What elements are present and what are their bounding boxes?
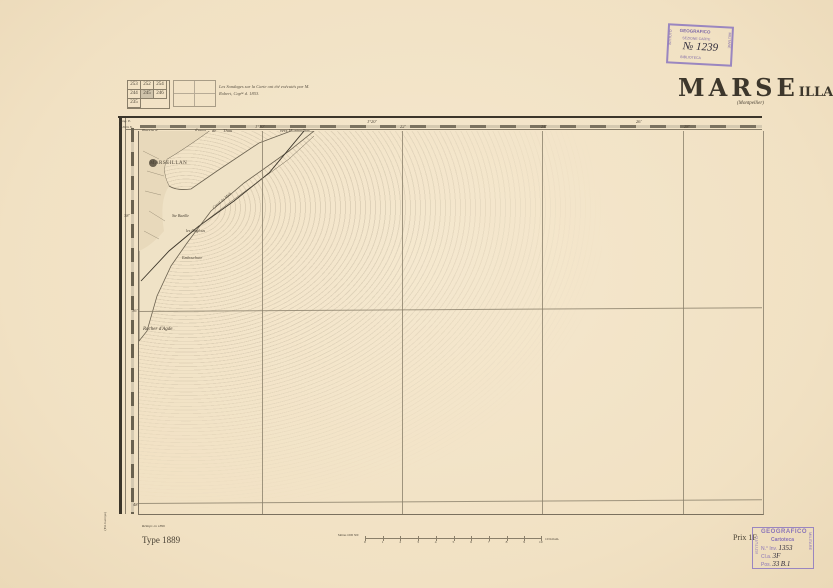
place-label[interactable]: les Onglous: [186, 228, 205, 233]
stamp-row-extra: B.1: [781, 560, 791, 568]
scale-number: 6: [470, 540, 472, 544]
orientation-box: [173, 80, 216, 107]
sheet-title: MARSEILLAN: [678, 73, 833, 102]
frame-top-border: [118, 116, 762, 118]
frame-graduation-band: [140, 125, 762, 128]
frame-left-graduation: [131, 128, 134, 514]
left-margin-note: (Ed. Lavoye): [103, 512, 107, 530]
place-label[interactable]: Embouchure: [182, 255, 202, 260]
stamp-row-value: 1353: [778, 544, 792, 552]
scale-number: 4: [435, 540, 437, 544]
stamp-title: GEOGRAFICO: [761, 529, 807, 535]
stamp-row-value: 33: [772, 560, 779, 568]
scale-number: 5: [453, 540, 455, 544]
edition-note: Réimpr. en 1896: [142, 524, 165, 528]
header-note-line2: Robert, Capⁿᵉ d. 1853.: [219, 91, 259, 96]
grid-line-vertical: [683, 131, 684, 514]
place-label-rocher-agde[interactable]: Rocher d'Agde: [143, 327, 173, 332]
stamp-sub: Cartoteca: [771, 537, 794, 543]
coord-label-top: 1°20': [367, 119, 377, 124]
index-cell[interactable]: 235: [128, 99, 141, 108]
scale-number: 1: [382, 540, 384, 544]
frame-header-row: [140, 129, 762, 130]
index-cell[interactable]: 254: [154, 81, 167, 90]
left-label-long: Long. E.: [119, 119, 131, 123]
stamp-number: № 1239: [683, 40, 719, 54]
stamp-side-right: MILITARE: [808, 532, 813, 550]
scale-bar: 0 1 2 3 4 5 6 7 8 9 10: [335, 535, 542, 541]
scale-number: 9: [523, 540, 525, 544]
scale-number: 3: [417, 540, 419, 544]
grid-line-vertical: [542, 131, 543, 514]
scale-unit: 10 Kilom.: [545, 537, 559, 541]
place-label-marseillan[interactable]: MARSEILLAN: [150, 161, 187, 166]
coord-label-top: 26': [636, 119, 641, 124]
coord-label-top: 28': [684, 124, 689, 129]
left-label-paris: C. Paris N.: [119, 125, 133, 129]
stamp-side-left: ISTITUTO: [754, 536, 759, 554]
frame-left-line: [125, 118, 126, 514]
index-cell: [141, 99, 154, 108]
stamp-row-value: 3F: [773, 552, 781, 560]
sheet-subtitle: (Montpellier): [737, 101, 764, 106]
coord-label-top: 22': [400, 124, 405, 129]
stamp-line4: BIBLIOTECA: [680, 55, 701, 60]
scale-number: 0: [364, 540, 366, 544]
stamp-line1: GEOGRAFICO: [680, 28, 711, 35]
stamp-side-right: MILITARE: [727, 32, 732, 48]
sheet-index-grid: 253 252 254 244 245 246 235: [127, 80, 170, 109]
left-lat-label: 36': [132, 308, 137, 313]
index-cell: [154, 99, 167, 108]
library-stamp-bottom: ISTITUTO GEOGRAFICO Cartoteca N.° Inv. 1…: [752, 527, 814, 569]
scale-number: 8: [506, 540, 508, 544]
coord-label-top: 24': [541, 124, 546, 129]
place-label[interactable]: Ste Bazille: [172, 213, 189, 218]
type-label: Type 1889: [142, 535, 180, 545]
coord-label-top: 1°30': [255, 124, 265, 129]
scale-number: 2: [399, 540, 401, 544]
grid-line-vertical: [262, 131, 263, 514]
index-cell[interactable]: 246: [154, 90, 167, 99]
title-main: MARSE: [678, 73, 799, 102]
index-cell[interactable]: 244: [128, 90, 141, 99]
frame-left-border: [119, 118, 122, 514]
grid-line-vertical: [402, 131, 403, 514]
scale-number: 10: [539, 540, 543, 544]
index-cell[interactable]: 253: [128, 81, 141, 90]
header-note-line1: Les Sondages sur la Carte ont été exécut…: [219, 84, 310, 89]
title-suffix: ILLAN: [799, 85, 833, 100]
stamp-row-label: Pos.: [761, 562, 771, 568]
library-stamp-top: ISTITUTO GEOGRAFICO SEZIONE CARTE № 1239…: [666, 23, 734, 66]
index-cell[interactable]: 252: [141, 81, 154, 90]
stamp-side-left: ISTITUTO: [668, 29, 673, 45]
left-lat-label: 38': [124, 213, 129, 218]
map-sheet: 253 252 254 244 245 246 235 Les Sondages…: [0, 0, 833, 588]
index-cell-current[interactable]: 245: [141, 90, 154, 99]
scale-number: 7: [488, 540, 490, 544]
